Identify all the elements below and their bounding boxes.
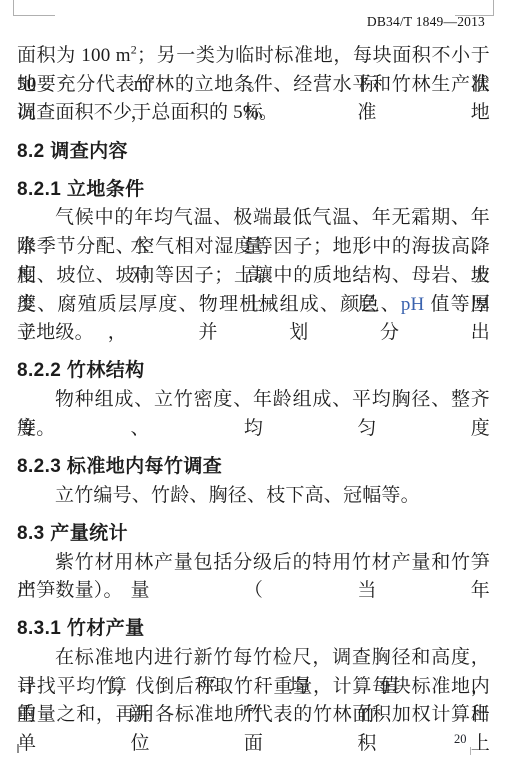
paragraph-line: 立竹编号、竹龄、胸径、枝下高、冠幅等。 (17, 482, 490, 511)
crop-mark-top-left (13, 0, 55, 16)
paragraph-line: 在标准地内进行新竹每竹检尺，调查胸径和高度，计算平均值， (17, 644, 490, 673)
section-heading: 8.2.3 标准地内每竹调查 (17, 453, 490, 482)
text-run: 度、腐殖质层厚度、物理机械组成、颜色、 (17, 294, 401, 315)
text-run: 物种组成、立竹密度、年龄组成、平均胸径、整齐度、均匀度 (17, 389, 490, 439)
text-run: 立地级。 (17, 322, 94, 343)
paragraph-line: 寻找平均竹，伐倒后称取竹秆重量，计算每块标准地内的新竹竹秆 (17, 673, 490, 702)
text-run: 出笋数量）。 (17, 580, 123, 601)
paragraph-line: 紫竹材用林产量包括分级后的特用竹材产量和竹笋产量（当年 (17, 549, 490, 578)
text-run: 等。 (17, 418, 55, 439)
text-run: 立竹编号、竹龄、胸径、枝下高、冠幅等。 (55, 485, 420, 506)
text-run: 8.2 调查内容 (17, 141, 128, 162)
paragraph-line: 度、坡位、坡向等因子；土壤中的质地结构、母岩、土类、土层厚 (17, 262, 490, 291)
section-heading: 8.2.1 立地条件 (17, 176, 490, 205)
text-run: pH (401, 294, 425, 315)
text-run: 重量之和，再用各标准地所代表的竹林面积加权计算出单位面积上 (17, 704, 490, 754)
paragraph-line: 重量之和，再用各标准地所代表的竹林面积加权计算出单位面积上 (17, 701, 490, 730)
margin-tick-bottom-right (470, 747, 471, 755)
text-run: 8.2.1 立地条件 (17, 179, 145, 200)
paragraph-line: 面积为 100 m2；另一类为临时标准地，每块面积不小于 50 m2。标准 (17, 42, 490, 71)
document-page: DB34/T 1849—2013 面积为 100 m2；另一类为临时标准地，每块… (0, 0, 508, 775)
text-run: 8.3 产量统计 (17, 523, 128, 544)
text-run: 调查面积不少于总面积的 5%。 (17, 102, 278, 123)
section-heading: 8.3 产量统计 (17, 520, 490, 549)
text-run: 面积为 100 m (17, 45, 131, 66)
paragraph-line: 水季节分配、空气相对湿度等因子；地形中的海拔高、相对高、坡 (17, 233, 490, 262)
paragraph-line: 地要充分代表竹林的立地条件、经营水平和竹林生产状况，标准地 (17, 71, 490, 100)
text-run: 8.3.1 竹材产量 (17, 618, 145, 639)
standard-number-header: DB34/T 1849—2013 (367, 14, 485, 30)
section-heading: 8.2 调查内容 (17, 138, 490, 167)
document-body: 面积为 100 m2；另一类为临时标准地，每块面积不小于 50 m2。标准地要充… (17, 42, 490, 730)
paragraph-line: 度、腐殖质层厚度、物理机械组成、颜色、pH 值等因子，并划分出 (17, 291, 490, 320)
page-number: 20 (454, 732, 467, 746)
section-heading: 8.2.2 竹林结构 (17, 357, 490, 386)
section-heading: 8.3.1 竹材产量 (17, 615, 490, 644)
paragraph-line: 气候中的年均气温、极端最低气温、年无霜期、年降水量、降 (17, 204, 490, 233)
margin-tick-bottom-left (17, 744, 19, 753)
paragraph-line: 物种组成、立竹密度、年龄组成、平均胸径、整齐度、均匀度 (17, 386, 490, 415)
text-run: 8.2.3 标准地内每竹调查 (17, 456, 222, 477)
text-run: 8.2.2 竹林结构 (17, 360, 145, 381)
